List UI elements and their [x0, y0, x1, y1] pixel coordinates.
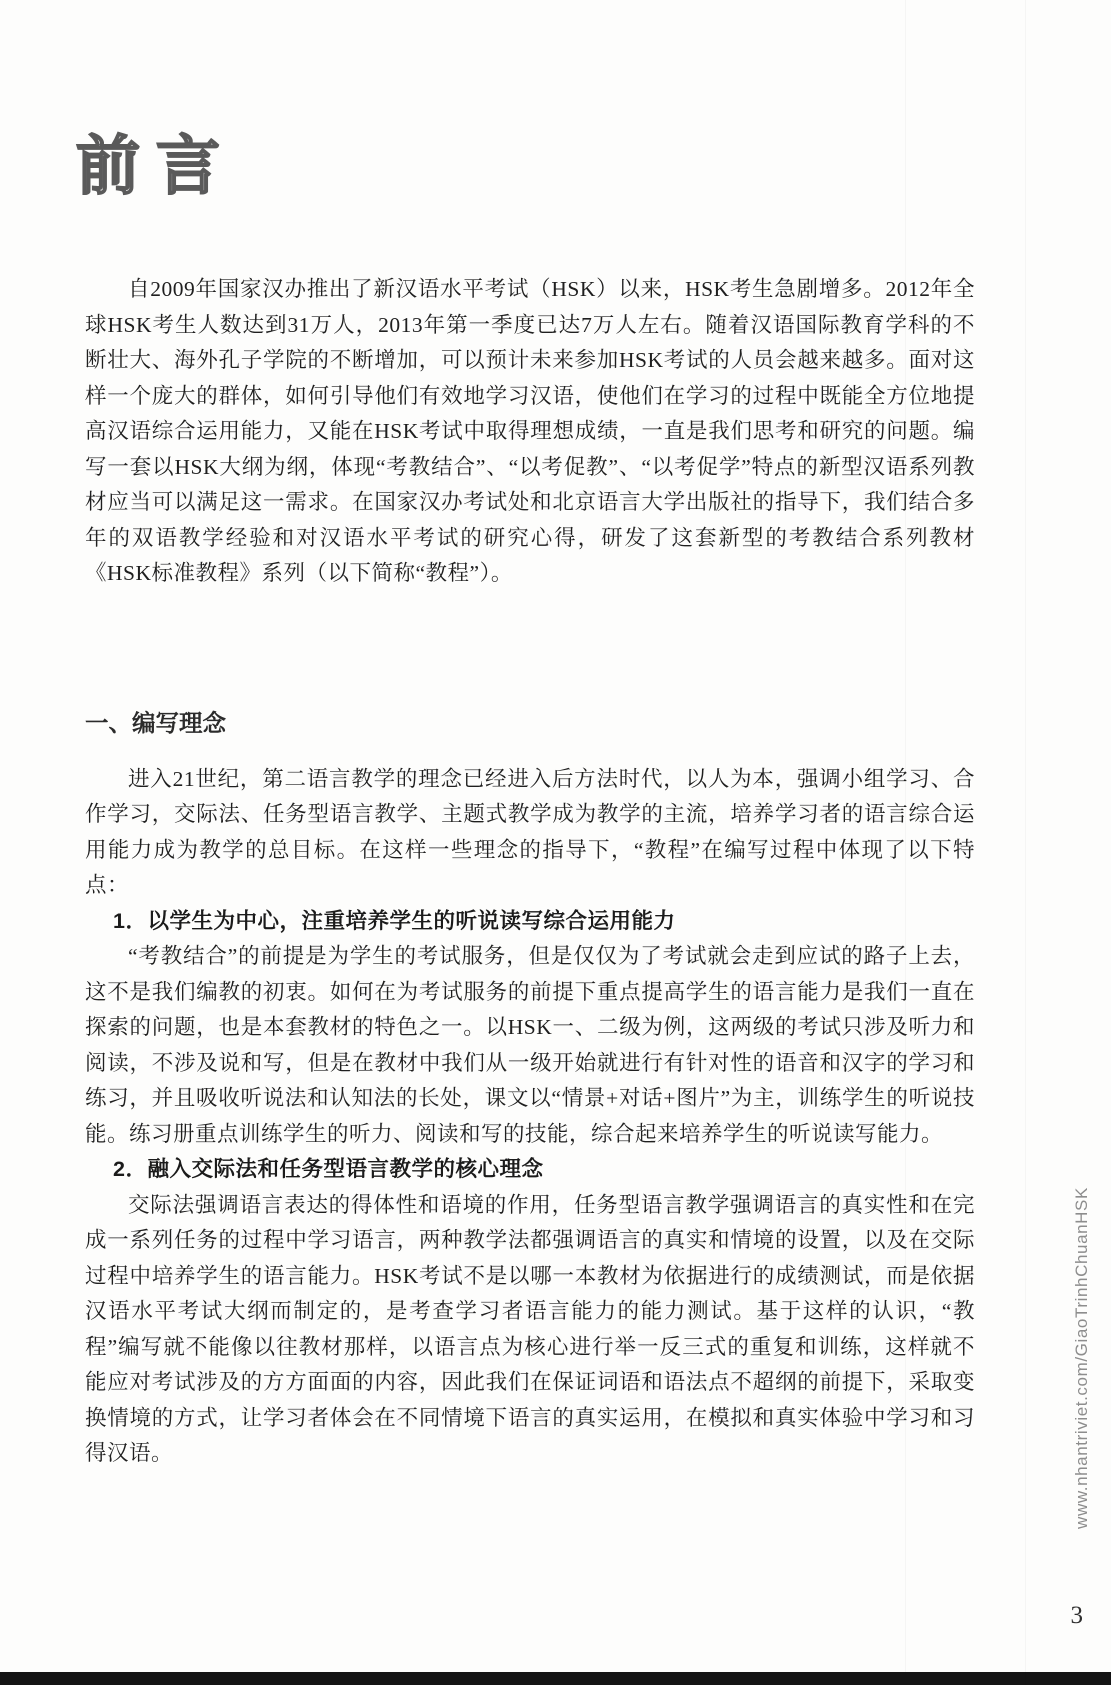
- scan-edge-bar: [0, 1672, 1111, 1685]
- point-1-paragraph: “考教结合”的前提是为学生的考试服务，但是仅仅为了考试就会走到应试的路子上去，这…: [85, 939, 975, 1152]
- website-watermark: www.nhantriviet.com/GiaoTrinhChuanHSK: [1072, 1128, 1094, 1588]
- intro-paragraph: 自2009年国家汉办推出了新汉语水平考试（HSK）以来，HSK考生急剧增多。20…: [85, 272, 975, 592]
- point-2-heading: 2．融入交际法和任务型语言教学的核心理念: [85, 1152, 975, 1188]
- page-content: 自2009年国家汉办推出了新汉语水平考试（HSK）以来，HSK考生急剧增多。20…: [85, 272, 975, 1472]
- section-heading: 一、编写理念: [85, 708, 975, 738]
- point-2-paragraph: 交际法强调语言表达的得体性和语境的作用，任务型语言教学强调语言的真实性和在完成一…: [85, 1188, 975, 1472]
- book-page: 前言 自2009年国家汉办推出了新汉语水平考试（HSK）以来，HSK考生急剧增多…: [0, 0, 1111, 1685]
- point-1-heading: 1．以学生为中心，注重培养学生的听说读写综合运用能力: [85, 904, 975, 940]
- page-title: 前言: [76, 128, 236, 205]
- page-number: 3: [1071, 1602, 1084, 1630]
- section-intro-paragraph: 进入21世纪，第二语言教学的理念已经进入后方法时代，以人为本，强调小组学习、合作…: [85, 762, 975, 904]
